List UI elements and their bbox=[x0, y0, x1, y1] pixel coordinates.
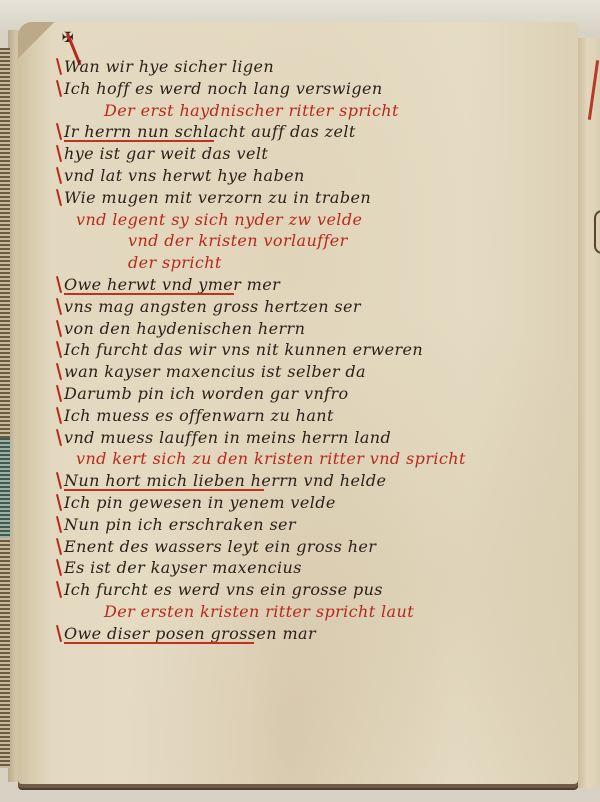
rubric-line: Der erst haydnischer ritter spricht bbox=[64, 100, 584, 122]
verse-line: Enent des wassers leyt ein gross her bbox=[64, 536, 584, 558]
verse-line: Owe diser posen grossen mar bbox=[64, 623, 584, 645]
red-underline bbox=[64, 642, 254, 644]
red-underline bbox=[64, 140, 214, 142]
verse-text-block: Wan wir hye sicher ligen Ich hoff es wer… bbox=[64, 56, 584, 645]
rubric-line: der spricht bbox=[64, 252, 584, 274]
verse-line: wan kayser maxencius ist selber da bbox=[64, 361, 584, 383]
verse-line: vnd muess lauffen in meins herrn land bbox=[64, 427, 584, 449]
rubric-line: vnd kert sich zu den kristen ritter vnd … bbox=[64, 448, 584, 470]
verse-line: Darumb pin ich worden gar vnfro bbox=[64, 383, 584, 405]
red-underline bbox=[64, 489, 264, 491]
verse-line: Nun hort mich lieben herrn vnd helde bbox=[64, 470, 584, 492]
rubric-line: vnd legent sy sich nyder zw velde bbox=[64, 209, 584, 231]
adjacent-book-edge bbox=[0, 48, 10, 768]
verse-line: Wie mugen mit verzorn zu in traben bbox=[64, 187, 584, 209]
page-corner-fold bbox=[18, 22, 58, 62]
verse-line: Ir herrn nun schlacht auff das zelt bbox=[64, 121, 584, 143]
verse-line: vnd lat vns herwt hye haben bbox=[64, 165, 584, 187]
verse-line: Ich hoff es werd noch lang verswigen bbox=[64, 78, 584, 100]
verse-line: von den haydenischen herrn bbox=[64, 318, 584, 340]
red-underline bbox=[64, 293, 234, 295]
verse-line: Owe herwt vnd ymer mer bbox=[64, 274, 584, 296]
verse-line: Ich furcht das wir vns nit kunnen erwere… bbox=[64, 339, 584, 361]
verse-line: Ich pin gewesen in yenem velde bbox=[64, 492, 584, 514]
verse-line: Ich furcht es werd vns ein grosse pus bbox=[64, 579, 584, 601]
facing-page-ink-mark bbox=[594, 210, 600, 254]
verse-line: Nun pin ich erschraken ser bbox=[64, 514, 584, 536]
verse-line: vns mag angsten gross hertzen ser bbox=[64, 296, 584, 318]
verse-line: Wan wir hye sicher ligen bbox=[64, 56, 584, 78]
rubric-line: Der ersten kristen ritter spricht laut bbox=[64, 601, 584, 623]
verse-line: Ich muess es offenwarn zu hant bbox=[64, 405, 584, 427]
verse-line: hye ist gar weit das velt bbox=[64, 143, 584, 165]
verse-line: Es ist der kayser maxencius bbox=[64, 557, 584, 579]
rubric-line: vnd der kristen vorlauffer bbox=[64, 230, 584, 252]
